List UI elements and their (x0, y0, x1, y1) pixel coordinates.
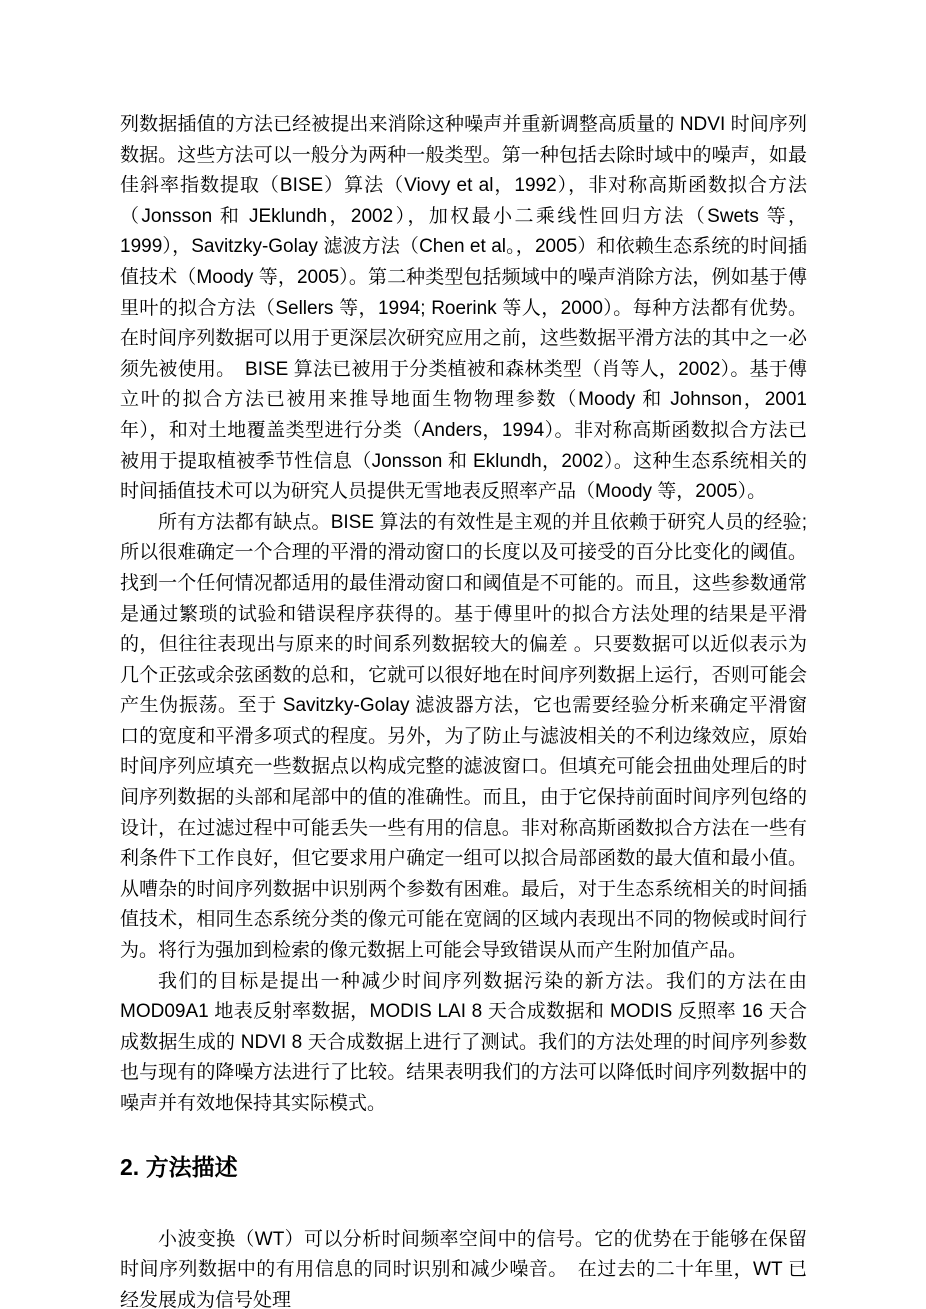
body-paragraph-2: 所有方法都有缺点。BISE 算法的有效性是主观的并且依赖于研究人员的经验;所以很… (120, 508, 807, 967)
body-paragraph-1: 列数据插值的方法已经被提出来消除这种噪声并重新调整高质量的 NDVI 时间序列数… (120, 110, 807, 508)
section-heading-methods: 2. 方法描述 (120, 1151, 807, 1184)
body-paragraph-4: 小波变换（WT）可以分析时间频率空间中的信号。它的优势在于能够在保留时间序列数据… (120, 1225, 807, 1309)
document-page: 列数据插值的方法已经被提出来消除这种噪声并重新调整高质量的 NDVI 时间序列数… (0, 0, 926, 1309)
body-paragraph-3: 我们的目标是提出一种减少时间序列数据污染的新方法。我们的方法在由 MOD09A1… (120, 967, 807, 1120)
page-content: 列数据插值的方法已经被提出来消除这种噪声并重新调整高质量的 NDVI 时间序列数… (120, 110, 807, 1309)
